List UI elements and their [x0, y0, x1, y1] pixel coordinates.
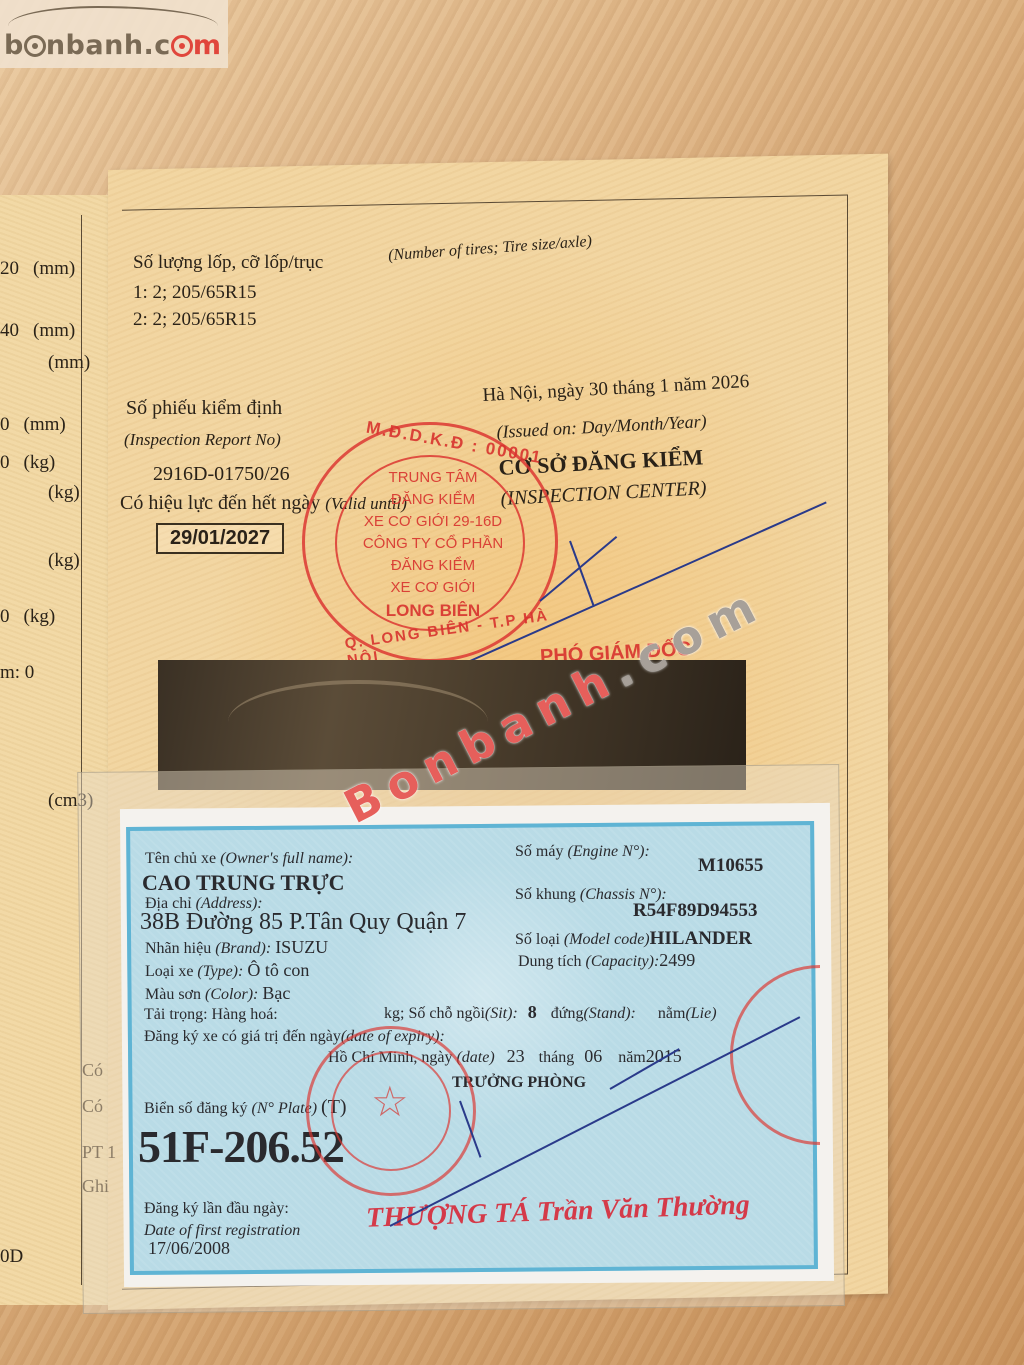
lbl: Biển số đăng ký — [144, 1100, 248, 1117]
lbl: Đăng ký xe có giá trị đến ngày — [144, 1028, 341, 1045]
fragment-value: 0 — [0, 606, 10, 627]
load-label: Tải trọng: Hàng hoá: — [144, 1006, 278, 1024]
report-no: 2916D-01750/26 — [153, 463, 290, 486]
fragment-value: m: 0 — [0, 662, 34, 683]
inspection-stamp: M.Đ.D.K.Đ : 00001 Q. LONG BIÊN - T.P HÀ … — [302, 422, 558, 662]
lbl: đứng — [551, 1005, 584, 1022]
fragment-unit: (mm) — [24, 414, 66, 435]
police-stamp: ☆ — [306, 1026, 476, 1196]
valid-until-date: 29/01/2027 — [156, 523, 284, 554]
fragment-unit: (kg) — [24, 606, 56, 627]
brand-value: ISUZU — [275, 937, 328, 957]
lbl: Số khung — [515, 886, 576, 903]
load-unit: kg; — [384, 1005, 404, 1022]
model-row: Số loại (Model code)HILANDER — [515, 928, 752, 950]
lbl-en: (Capacity): — [586, 953, 660, 970]
fragment-unit: (kg) — [24, 452, 56, 473]
stamp-text-line: TRUNG TÂM — [333, 469, 533, 486]
lbl-en: (Stand): — [583, 1005, 635, 1022]
stamp-text-line: ĐĂNG KIỂM — [333, 491, 533, 508]
left-page-fragment: 0D — [0, 1246, 37, 1268]
fragment-value: 0 — [0, 452, 10, 473]
fragment-unit: (mm) — [48, 352, 90, 373]
fragment-value: 0D — [0, 1246, 23, 1267]
logo-part: nbanh.c — [46, 30, 171, 61]
underlying-page-fragment: Có — [82, 1096, 103, 1117]
wheel-icon — [24, 35, 46, 57]
capacity-value: 2499 — [659, 950, 695, 970]
left-page-fragment: (mm) — [34, 352, 90, 374]
underlying-page-fragment: Có — [82, 1060, 103, 1081]
report-no-label: Số phiếu kiểm định — [126, 397, 282, 420]
lbl-en: (Lie) — [685, 1005, 716, 1022]
brand-row: Nhãn hiệu (Brand): ISUZU — [145, 937, 328, 958]
lbl-en: (date) — [456, 1049, 494, 1066]
lbl-en: (Brand): — [215, 940, 271, 957]
logo-text: bnbanh.cm — [4, 30, 221, 61]
seats-row: kg; Số chỗ ngồi(Sit): 8 đứng(Stand): nằm… — [384, 1002, 717, 1023]
stamp-text-line: ĐĂNG KIỂM — [333, 557, 533, 574]
stamp-text-line: XE CƠ GIỚI 29-16D — [333, 513, 533, 530]
first-reg-date: 17/06/2008 — [148, 1238, 230, 1259]
underlying-page-fragment: Ghi — [82, 1176, 109, 1197]
address: 38B Đường 85 P.Tân Quy Quận 7 — [140, 909, 466, 936]
lbl: Nhãn hiệu — [145, 940, 211, 957]
lbl: Loại xe — [145, 963, 193, 980]
lbl-en: (Type): — [197, 963, 243, 980]
lbl: Số chỗ ngồi — [408, 1005, 484, 1022]
fragment-value: 20 — [0, 258, 19, 279]
report-no-label-en: (Inspection Report No) — [124, 430, 281, 450]
wheel-icon-red — [171, 35, 193, 57]
tires-label: Số lượng lốp, cỡ lốp/trục — [133, 252, 323, 274]
tire-axle-1: 1: 2; 205/65R15 — [133, 282, 257, 304]
logo-part: b — [4, 30, 24, 61]
site-logo: bnbanh.cm — [0, 0, 228, 68]
type-value: Ô tô con — [247, 960, 309, 980]
lbl: Số máy — [515, 843, 563, 860]
color-row: Màu sơn (Color): Bạc — [145, 983, 290, 1004]
stamp-text-line: LONG BIÊN — [333, 601, 533, 621]
capacity-row: Dung tích (Capacity):2499 — [518, 950, 695, 971]
fragment-unit: (kg) — [48, 550, 80, 571]
fragment-unit: (kg) — [48, 482, 80, 503]
issue-day: 23 — [507, 1046, 525, 1066]
lbl-en: (Model code) — [564, 931, 650, 948]
left-page-fragment: 20(mm) — [0, 258, 75, 280]
lbl: nằm — [658, 1005, 686, 1022]
left-page-fragment: 0(kg) — [0, 606, 55, 628]
seats-value: 8 — [528, 1002, 537, 1022]
tire-axle-2: 2: 2; 205/65R15 — [133, 309, 257, 331]
lbl-en: (Owner's full name): — [220, 850, 353, 867]
left-page-fragment: (kg) — [34, 550, 80, 572]
fragment-value: 0 — [0, 414, 10, 435]
color-value: Bạc — [262, 983, 290, 1003]
lbl-en: (Sit): — [485, 1005, 518, 1022]
left-page-fragment: (kg) — [34, 482, 80, 504]
lbl-en: (Color): — [205, 986, 258, 1003]
left-page-fragment: m: 0 — [0, 662, 48, 684]
owner-name: CAO TRUNG TRỰC — [142, 870, 345, 896]
engine-label: Số máy (Engine N°): — [515, 843, 650, 861]
stamp-text-line: CÔNG TY CỔ PHẦN — [333, 535, 533, 552]
lbl: Số loại — [515, 931, 560, 948]
fragment-unit: (mm) — [33, 320, 75, 341]
left-page-fragment: 40(mm) — [0, 320, 75, 342]
fragment-value: 40 — [0, 320, 19, 341]
left-page-fragment: 0(kg) — [0, 452, 55, 474]
underlying-page-fragment: PT 1 — [82, 1142, 116, 1163]
chassis-no: R54F89D94553 — [633, 900, 758, 922]
model-value: HILANDER — [650, 928, 752, 949]
engine-no: M10655 — [698, 855, 763, 877]
lbl: năm — [618, 1049, 646, 1066]
owner-label: Tên chủ xe (Owner's full name): — [145, 850, 353, 868]
lbl-en: (Engine N°): — [567, 843, 649, 860]
fragment-unit: (mm) — [33, 258, 75, 279]
left-page-fragment: 0(mm) — [0, 414, 66, 436]
lbl: tháng — [539, 1049, 575, 1066]
valid-until-vi: Có hiệu lực đến hết ngày — [120, 492, 320, 514]
issue-month: 06 — [584, 1046, 602, 1066]
star-icon: ☆ — [371, 1077, 409, 1127]
lbl: Dung tích — [518, 953, 582, 970]
stamp-text-line: XE CƠ GIỚI — [333, 579, 533, 596]
first-reg-label: Đăng ký lần đầu ngày: — [144, 1200, 289, 1218]
lbl: Tên chủ xe — [145, 850, 216, 867]
logo-part: m — [193, 30, 222, 61]
type-row: Loại xe (Type): Ô tô con — [145, 960, 309, 981]
lbl: Màu sơn — [145, 986, 201, 1003]
